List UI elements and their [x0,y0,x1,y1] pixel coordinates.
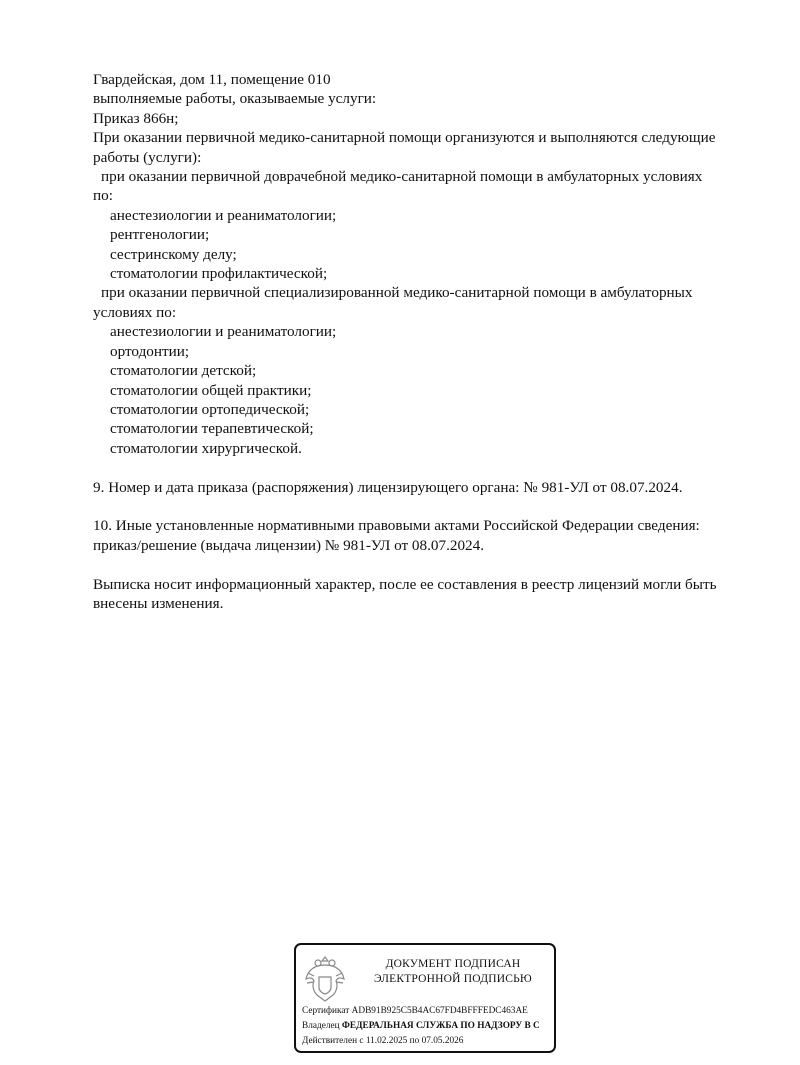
certificate-row: Сертификат ADB91B925C5B4AC67FD4BFFFEDC46… [302,1006,528,1016]
document-line: при оказании первичной доврачебной медик… [93,167,773,186]
stamp-title: ДОКУМЕНТ ПОДПИСАН ЭЛЕКТРОННОЙ ПОДПИСЬЮ [358,957,548,986]
document-line: стоматологии терапевтической; [93,419,773,438]
electronic-signature-stamp: ДОКУМЕНТ ПОДПИСАН ЭЛЕКТРОННОЙ ПОДПИСЬЮ С… [294,943,556,1053]
document-line: При оказании первичной медико-санитарной… [93,128,773,147]
document-line: работы (услуги): [93,148,773,167]
owner-label: Владелец [302,1021,340,1031]
document-line: 9. Номер и дата приказа (распоряжения) л… [93,478,773,497]
document-line: стоматологии детской; [93,361,773,380]
document-line: стоматологии общей практики; [93,381,773,400]
document-line: выполняемые работы, оказываемые услуги: [93,89,773,108]
document-line: внесены изменения. [93,594,773,613]
owner-row: Владелец ФЕДЕРАЛЬНАЯ СЛУЖБА ПО НАДЗОРУ В… [302,1021,540,1031]
paragraph-gap [93,555,773,574]
document-line: по: [93,186,773,205]
document-line: стоматологии хирургической. [93,439,773,458]
certificate-label: Сертификат [302,1006,349,1016]
document-line: стоматологии ортопедической; [93,400,773,419]
document-line: условиях по: [93,303,773,322]
paragraph-gap [93,497,773,516]
document-body: Гвардейская, дом 11, помещение 010выполн… [93,70,773,613]
document-line: рентгенологии; [93,225,773,244]
validity-row: Действителен с 11.02.2025 по 07.05.2026 [302,1036,463,1046]
stamp-title-line-1: ДОКУМЕНТ ПОДПИСАН [358,957,548,972]
document-line: при оказании первичной специализированно… [93,283,773,302]
document-line: ортодонтии; [93,342,773,361]
document-line: Гвардейская, дом 11, помещение 010 [93,70,773,89]
document-line: Приказ 866н; [93,109,773,128]
paragraph-gap [93,458,773,477]
document-line: анестезиологии и реаниматологии; [93,206,773,225]
document-line: анестезиологии и реаниматологии; [93,322,773,341]
document-line: Выписка носит информационный характер, п… [93,575,773,594]
document-line: сестринскому делу; [93,245,773,264]
document-line: 10. Иные установленные нормативными прав… [93,516,773,535]
owner-value: ФЕДЕРАЛЬНАЯ СЛУЖБА ПО НАДЗОРУ В С [342,1021,540,1031]
certificate-value: ADB91B925C5B4AC67FD4BFFFEDC463AE [352,1006,528,1016]
russian-coat-of-arms-icon [304,951,346,1003]
document-line: стоматологии профилактической; [93,264,773,283]
stamp-title-line-2: ЭЛЕКТРОННОЙ ПОДПИСЬЮ [358,972,548,987]
document-line: приказ/решение (выдача лицензии) № 981-У… [93,536,773,555]
